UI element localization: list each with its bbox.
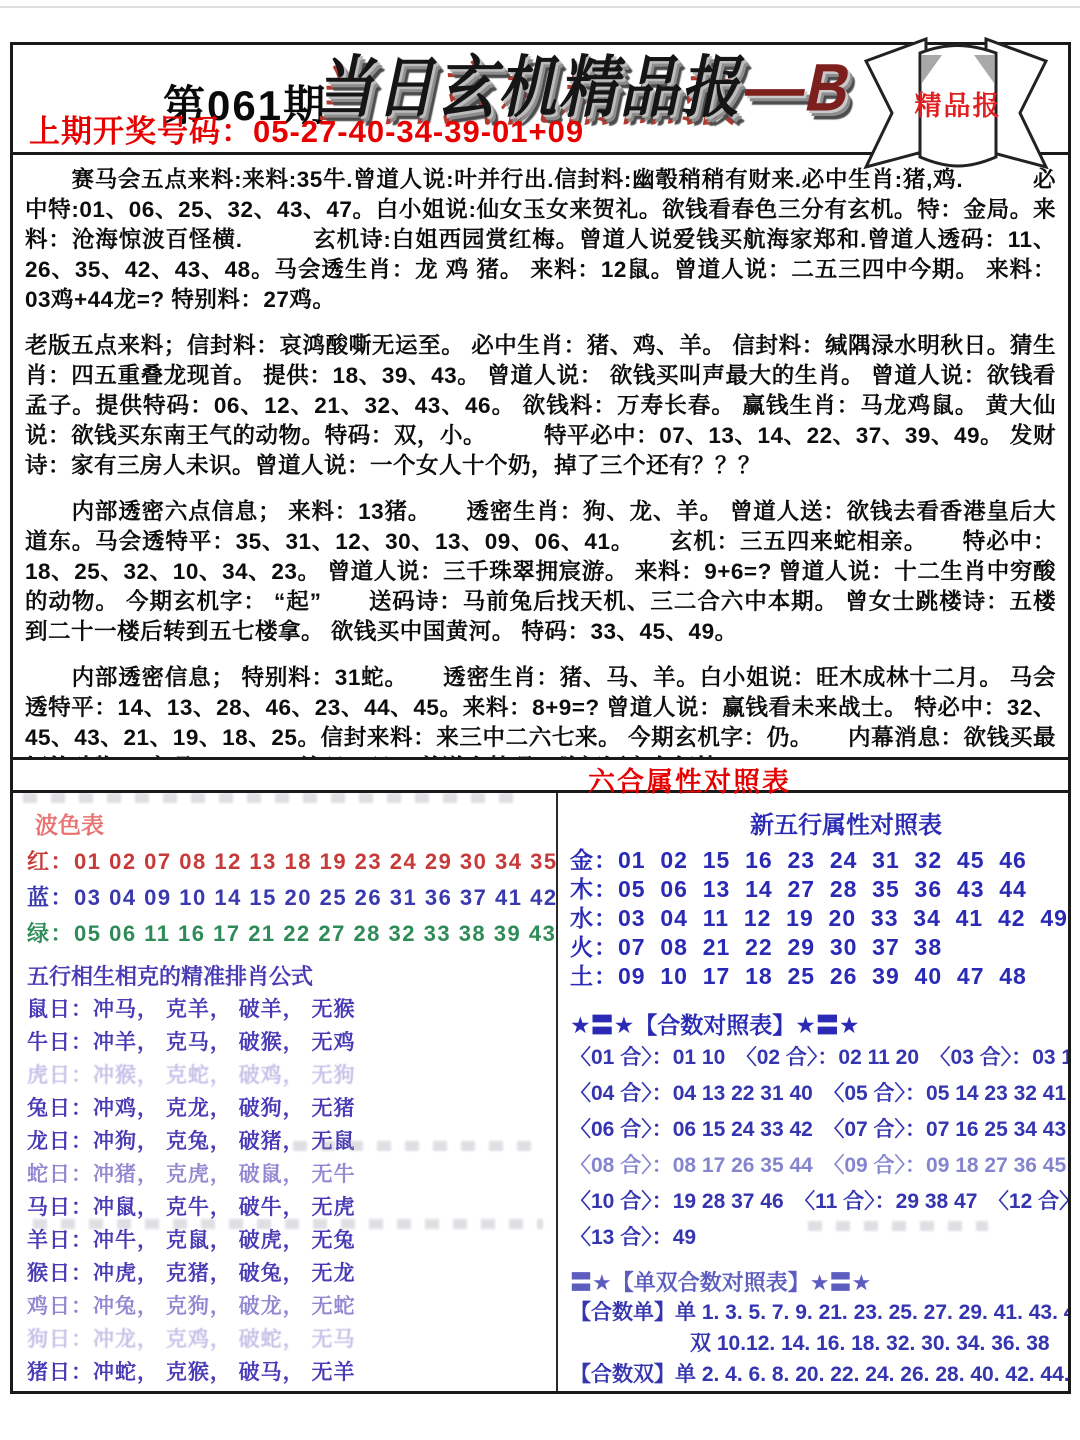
sum-table-row-5: 〈10 合〉：19 28 37 46 〈11 合〉：29 38 47 〈12 合… [570, 1184, 1060, 1220]
five-elements-table-title: 新五行属性对照表 [750, 805, 1060, 840]
right-column: 新五行属性对照表 金：01 02 15 16 23 24 31 32 45 46… [558, 793, 1068, 1391]
zodiac-row-dog: 狗日：冲龙， 克鸡， 破蛇， 无马 [27, 1323, 552, 1356]
sum-table-row-4: 〈08 合〉：08 17 26 35 44 〈09 合〉：09 18 27 36… [570, 1148, 1060, 1184]
section-band: 六合属性对照表 [13, 757, 1068, 793]
zodiac-row-ox: 牛日：冲羊， 克马， 破猴， 无鸡 [27, 1026, 552, 1059]
ghost-artifact [808, 1221, 988, 1231]
ghost-artifact [33, 1219, 543, 1229]
zodiac-row-rat: 鼠日：冲马， 克羊， 破羊， 无猴 [27, 993, 552, 1026]
header: 第061期 当日玄机精品报—B 上期开奖号码：05-27-40-34-39-01… [13, 45, 1068, 155]
wave-green-row: 绿：05 06 11 16 17 21 22 27 28 32 33 38 39… [27, 916, 552, 952]
five-elements-gold-row: 金：01 02 15 16 23 24 31 32 45 46 [570, 846, 1060, 875]
last-draw-label: 上期开奖号码： [29, 114, 253, 149]
tip-paragraph-2: 老版五点来料；信封料：哀鸿酸嘶无运至。 必中生肖：猪、鸡、羊。 信封料：缄隅渌水… [25, 331, 1056, 481]
tip-paragraph-3: 内部透密六点信息； 来料：13猪。 透密生肖：狗、龙、羊。 曾道人送：欲钱去看香… [25, 497, 1056, 647]
zodiac-row-monkey: 猴日：冲虎， 克猪， 破兔， 无龙 [27, 1257, 552, 1290]
tabloid-sheet: 第061期 当日玄机精品报—B 上期开奖号码：05-27-40-34-39-01… [10, 42, 1071, 1394]
zodiac-row-rabbit: 兔日：冲鸡， 克龙， 破狗， 无猪 [27, 1092, 552, 1125]
reference-tables: 波色表 红：01 02 07 08 12 13 18 19 23 24 29 3… [13, 793, 1068, 1391]
ghost-artifact [293, 1141, 543, 1151]
odd-even-sum-table-title: 〓★【单双合数对照表】★〓★ [570, 1266, 1060, 1297]
last-draw-line: 上期开奖号码：05-27-40-34-39-01+09 [29, 106, 584, 151]
left-column: 波色表 红：01 02 07 08 12 13 18 19 23 24 29 3… [13, 793, 558, 1391]
wave-color-table-title: 波色表 [35, 807, 552, 840]
ghost-artifact [23, 793, 523, 803]
five-elements-water-row: 水：03 04 11 12 19 20 33 34 41 42 49 [570, 904, 1060, 933]
tip-paragraph-4: 内部透密信息； 特别料：31蛇。 透密生肖：猪、马、羊。白小姐说：旺木成林十二月… [25, 663, 1056, 757]
odd-sum-even-row: 双 10.12. 14. 16. 18. 32. 30. 34. 36. 38 [570, 1328, 1060, 1359]
scan-artifact-line [0, 6, 1080, 8]
five-elements-earth-row: 土：09 10 17 18 25 26 39 40 47 48 [570, 962, 1060, 991]
zodiac-row-rooster: 鸡日：冲兔， 克狗， 破龙， 无蛇 [27, 1290, 552, 1323]
ribbon-banner-icon: 精品报 [856, 29, 1056, 169]
five-elements-fire-row: 火：07 08 21 22 29 30 37 38 [570, 933, 1060, 962]
sum-table-title: ★〓★【合数对照表】★〓★ [570, 1007, 1060, 1040]
even-sum-even-row: 双 11. 13. 15. 17. 19. 31. 33. 35. 37. 39 [570, 1390, 1060, 1391]
five-elements-wood-row: 木：05 06 13 14 27 28 35 36 43 44 [570, 875, 1060, 904]
odd-sum-odd-row: 【合数单】单 1. 3. 5. 7. 9. 21. 23. 25. 27. 29… [570, 1297, 1060, 1328]
zodiac-row-pig: 猪日：冲蛇， 克猴， 破马， 无羊 [27, 1356, 552, 1389]
masthead-title-suffix: —B [738, 50, 860, 125]
sum-table-row-2: 〈04 合〉：04 13 22 31 40 〈05 合〉：05 14 23 32… [570, 1076, 1060, 1112]
sum-table-row-3: 〈06 合〉：06 15 24 33 42 〈07 合〉：07 16 25 34… [570, 1112, 1060, 1148]
even-sum-odd-row: 【合数双】单 2. 4. 6. 8. 20. 22. 24. 26. 28. 4… [570, 1359, 1060, 1390]
wave-blue-row: 蓝：03 04 09 10 14 15 20 25 26 31 36 37 41… [27, 880, 552, 916]
zodiac-row-tiger: 虎日：冲猴， 克蛇， 破鸡， 无狗 [27, 1059, 552, 1092]
sum-table-row-1: 〈01 合〉：01 10 〈02 合〉：02 11 20 〈03 合〉：03 1… [570, 1040, 1060, 1076]
ribbon-label: 精品报 [915, 90, 1002, 121]
tip-paragraph-1: 赛马会五点来料:来料:35牛.曾道人说:叶并行出.信封料:幽彀稍稍有财来.必中生… [25, 165, 1056, 315]
last-draw-numbers: 05-27-40-34-39-01+09 [253, 114, 584, 149]
wave-red-row: 红：01 02 07 08 12 13 18 19 23 24 29 30 34… [27, 844, 552, 880]
zodiac-formula-title: 五行相生相克的精准排肖公式 [27, 960, 552, 991]
tips-body: 赛马会五点来料:来料:35牛.曾道人说:叶并行出.信封料:幽彀稍稍有财来.必中生… [13, 155, 1068, 757]
zodiac-row-snake: 蛇日：冲猪， 克虎， 破鼠， 无牛 [27, 1158, 552, 1191]
